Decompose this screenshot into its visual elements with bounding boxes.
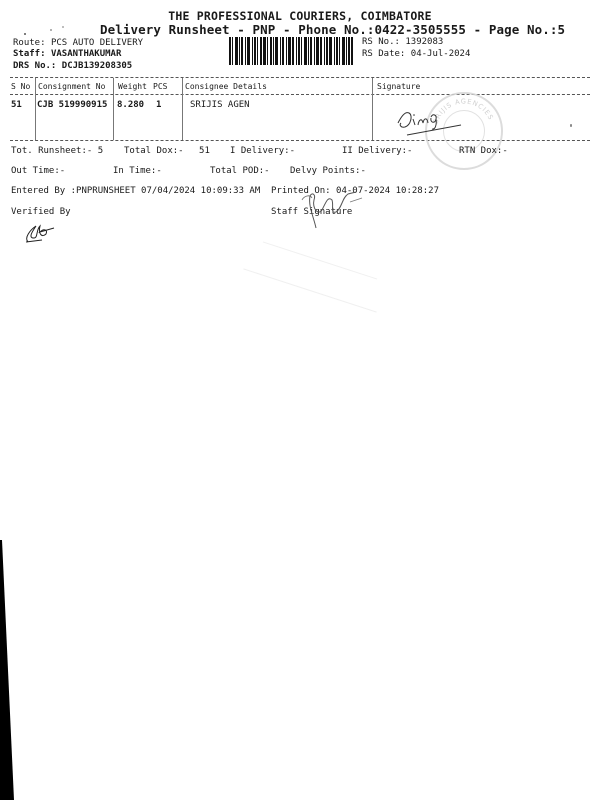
route-field: Route: PCS AUTO DELIVERY (13, 38, 143, 48)
staff-field: Staff: VASANTHAKUMAR (13, 49, 121, 59)
i-delivery-label: I Delivery:- (230, 146, 295, 156)
rs-no-field: RS No.: 1392083 (362, 37, 443, 47)
cell-pcs: 1 (156, 100, 161, 110)
cell-consignee: SRIJIS AGEN (190, 100, 250, 110)
column-header-s-no: S No (11, 82, 30, 91)
document-title: Delivery Runsheet - PNP - Phone No.:0422… (100, 22, 565, 37)
cell-weight: 8.280 (117, 100, 144, 110)
verifier-signature (22, 220, 57, 245)
out-time: Out Time:- (11, 166, 65, 176)
route-label: Route: (13, 38, 46, 48)
table-bottom-divider (10, 140, 590, 141)
rs-date-label: RS Date: (362, 49, 405, 59)
ii-delivery-label: II Delivery:- (342, 146, 412, 156)
in-time: In Time:- (113, 166, 162, 176)
column-divider (113, 78, 114, 140)
rs-date-value: 04-Jul-2024 (411, 49, 471, 59)
column-divider (372, 78, 373, 140)
delvy-points: Delvy Points:- (290, 166, 366, 176)
table-header-divider (10, 94, 590, 95)
cell-s-no: 51 (11, 100, 22, 110)
bleed-through-mark (263, 241, 377, 279)
rs-no-label: RS No.: (362, 37, 400, 47)
column-header-consignment-no: Consignment No (38, 82, 105, 91)
rtn-dox: RTN Dox:- (459, 146, 508, 156)
consignee-signature (395, 103, 470, 138)
column-header-weight: Weight (118, 82, 147, 91)
cell-consignment-no: CJB 519990915 (37, 100, 107, 110)
total-pod: Total POD:- (210, 166, 270, 176)
scan-speck (50, 29, 52, 31)
scan-edge-shadow (0, 540, 14, 800)
drs-field: DRS No.: DCJB139208305 (13, 61, 132, 71)
tot-runsheet-value: 5 (98, 146, 103, 156)
drs-value: DCJB139208305 (62, 61, 132, 71)
barcode (229, 37, 356, 65)
scan-speck (62, 26, 64, 28)
bleed-through-mark (243, 268, 376, 312)
column-header-consignee-details: Consignee Details (185, 82, 267, 91)
ii-delivery: II Delivery:- (342, 146, 412, 156)
column-header-signature: Signature (377, 82, 420, 91)
column-divider (35, 78, 36, 140)
tot-runsheet-label: Tot. Runsheet:- (11, 146, 92, 156)
rs-no-value: 1392083 (405, 37, 443, 47)
rtn-dox-label: RTN Dox:- (459, 146, 508, 156)
scan-speck (24, 33, 26, 35)
column-header-pcs: PCS (153, 82, 167, 91)
column-divider (182, 78, 183, 140)
route-value: PCS AUTO DELIVERY (51, 38, 143, 48)
total-dox-value: 51 (199, 146, 210, 156)
total-dox: Total Dox:- 51 (124, 146, 210, 156)
drs-label: DRS No.: (13, 61, 56, 71)
staff-value: VASANTHAKUMAR (51, 49, 121, 59)
scan-speck (570, 124, 572, 127)
entered-by: Entered By :PNPRUNSHEET 07/04/2024 10:09… (11, 186, 260, 196)
table-top-divider (10, 77, 590, 78)
staff-label: Staff: (13, 49, 46, 59)
i-delivery: I Delivery:- (230, 146, 295, 156)
total-dox-label: Total Dox:- (124, 146, 184, 156)
company-name: THE PROFESSIONAL COURIERS, COIMBATORE (0, 9, 600, 23)
rs-date-field: RS Date: 04-Jul-2024 (362, 49, 470, 59)
staff-signature (296, 188, 366, 230)
tot-runsheet: Tot. Runsheet:- 5 (11, 146, 103, 156)
verified-by-label: Verified By (11, 207, 71, 217)
